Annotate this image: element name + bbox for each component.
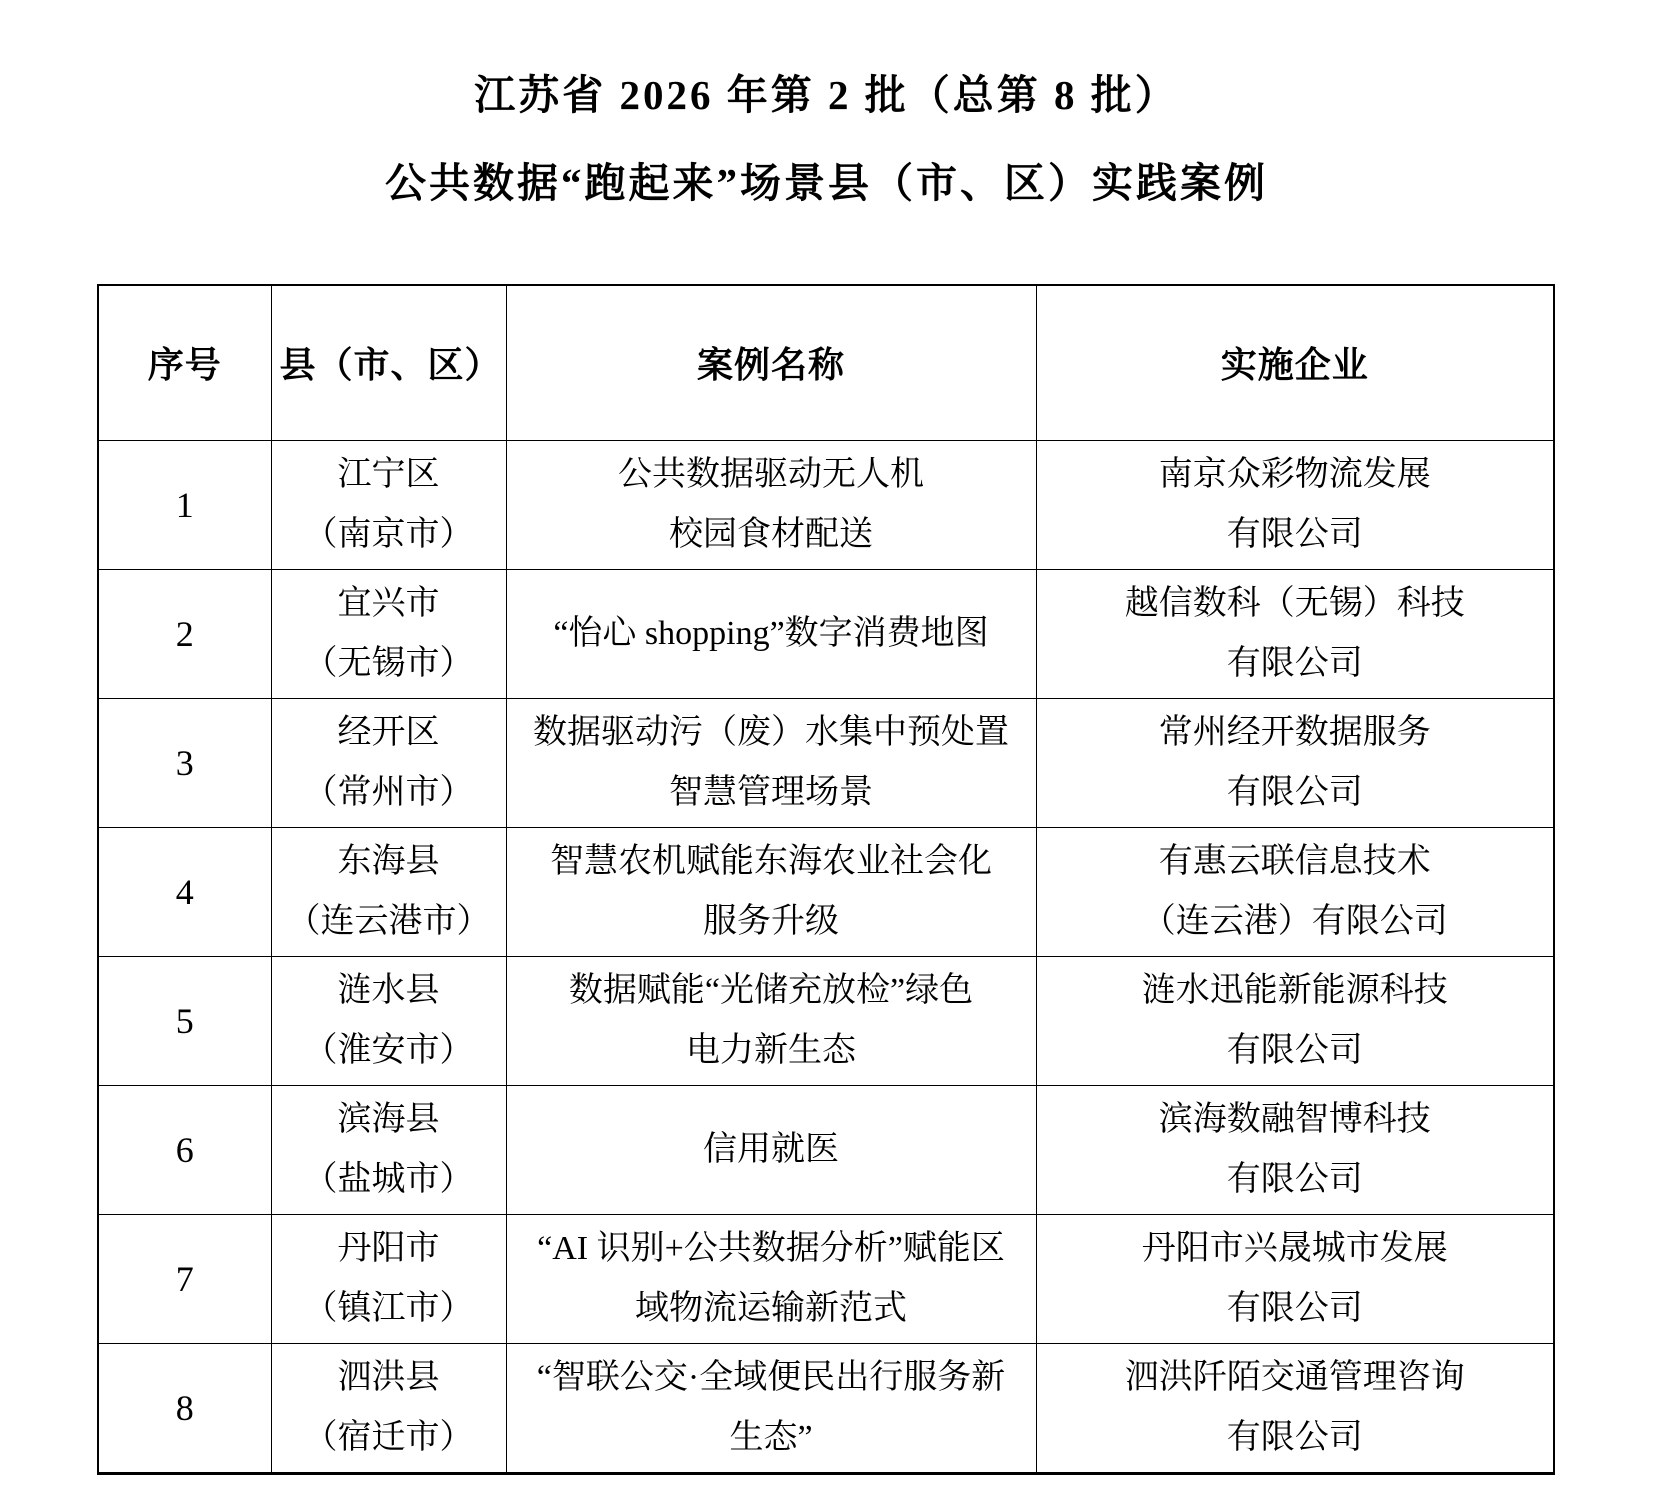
- cell-case-name: 公共数据驱动无人机 校园食材配送: [506, 440, 1036, 569]
- cell-region: 泗洪县 （宿迁市）: [271, 1343, 506, 1473]
- cell-region: 宜兴市 （无锡市）: [271, 569, 506, 698]
- table-row: 5 涟水县 （淮安市） 数据赋能“光储充放检”绿色 电力新生态 涟水迅能新能源科…: [98, 956, 1554, 1085]
- col-header-region: 县（市、区）: [271, 285, 506, 440]
- table-row: 4 东海县 （连云港市） 智慧农机赋能东海农业社会化 服务升级 有惠云联信息技术…: [98, 827, 1554, 956]
- cell-case-name: “智联公交·全域便民出行服务新 生态”: [506, 1343, 1036, 1473]
- cell-case-name: 数据驱动污（废）水集中预处置 智慧管理场景: [506, 698, 1036, 827]
- cell-region: 东海县 （连云港市）: [271, 827, 506, 956]
- col-header-case-name: 案例名称: [506, 285, 1036, 440]
- cell-index: 5: [98, 956, 271, 1085]
- cell-index: 2: [98, 569, 271, 698]
- cell-region: 涟水县 （淮安市）: [271, 956, 506, 1085]
- cell-region: 丹阳市 （镇江市）: [271, 1214, 506, 1343]
- cell-index: 1: [98, 440, 271, 569]
- cell-case-name: 信用就医: [506, 1085, 1036, 1214]
- document-title-line1: 江苏省 2026 年第 2 批（总第 8 批）: [0, 0, 1653, 120]
- cell-case-name: “怡心 shopping”数字消费地图: [506, 569, 1036, 698]
- table-header-row: 序号 县（市、区） 案例名称 实施企业: [98, 285, 1554, 440]
- cell-index: 6: [98, 1085, 271, 1214]
- cell-company: 南京众彩物流发展 有限公司: [1036, 440, 1554, 569]
- cell-region: 江宁区 （南京市）: [271, 440, 506, 569]
- cell-company: 丹阳市兴晟城市发展 有限公司: [1036, 1214, 1554, 1343]
- document-page: 江苏省 2026 年第 2 批（总第 8 批） 公共数据“跑起来”场景县（市、区…: [0, 0, 1653, 1508]
- table-row: 2 宜兴市 （无锡市） “怡心 shopping”数字消费地图 越信数科（无锡）…: [98, 569, 1554, 698]
- cell-index: 8: [98, 1343, 271, 1473]
- cell-index: 7: [98, 1214, 271, 1343]
- cell-company: 常州经开数据服务 有限公司: [1036, 698, 1554, 827]
- cell-index: 4: [98, 827, 271, 956]
- cell-index: 3: [98, 698, 271, 827]
- col-header-company: 实施企业: [1036, 285, 1554, 440]
- cell-region: 滨海县 （盐城市）: [271, 1085, 506, 1214]
- cell-company: 涟水迅能新能源科技 有限公司: [1036, 956, 1554, 1085]
- table-row: 1 江宁区 （南京市） 公共数据驱动无人机 校园食材配送 南京众彩物流发展 有限…: [98, 440, 1554, 569]
- document-title-line2: 公共数据“跑起来”场景县（市、区）实践案例: [0, 158, 1653, 208]
- table-row: 3 经开区 （常州市） 数据驱动污（废）水集中预处置 智慧管理场景 常州经开数据…: [98, 698, 1554, 827]
- table-row: 6 滨海县 （盐城市） 信用就医 滨海数融智博科技 有限公司: [98, 1085, 1554, 1214]
- cell-case-name: “AI 识别+公共数据分析”赋能区 域物流运输新范式: [506, 1214, 1036, 1343]
- cell-company: 滨海数融智博科技 有限公司: [1036, 1085, 1554, 1214]
- cell-company: 越信数科（无锡）科技 有限公司: [1036, 569, 1554, 698]
- cell-company: 泗洪阡陌交通管理咨询 有限公司: [1036, 1343, 1554, 1473]
- cell-company: 有惠云联信息技术 （连云港）有限公司: [1036, 827, 1554, 956]
- cases-table: 序号 县（市、区） 案例名称 实施企业 1 江宁区 （南京市） 公共数据驱动无人…: [97, 284, 1555, 1475]
- table-row: 8 泗洪县 （宿迁市） “智联公交·全域便民出行服务新 生态” 泗洪阡陌交通管理…: [98, 1343, 1554, 1473]
- table-row: 7 丹阳市 （镇江市） “AI 识别+公共数据分析”赋能区 域物流运输新范式 丹…: [98, 1214, 1554, 1343]
- cell-region: 经开区 （常州市）: [271, 698, 506, 827]
- col-header-index: 序号: [98, 285, 271, 440]
- cell-case-name: 智慧农机赋能东海农业社会化 服务升级: [506, 827, 1036, 956]
- cell-case-name: 数据赋能“光储充放检”绿色 电力新生态: [506, 956, 1036, 1085]
